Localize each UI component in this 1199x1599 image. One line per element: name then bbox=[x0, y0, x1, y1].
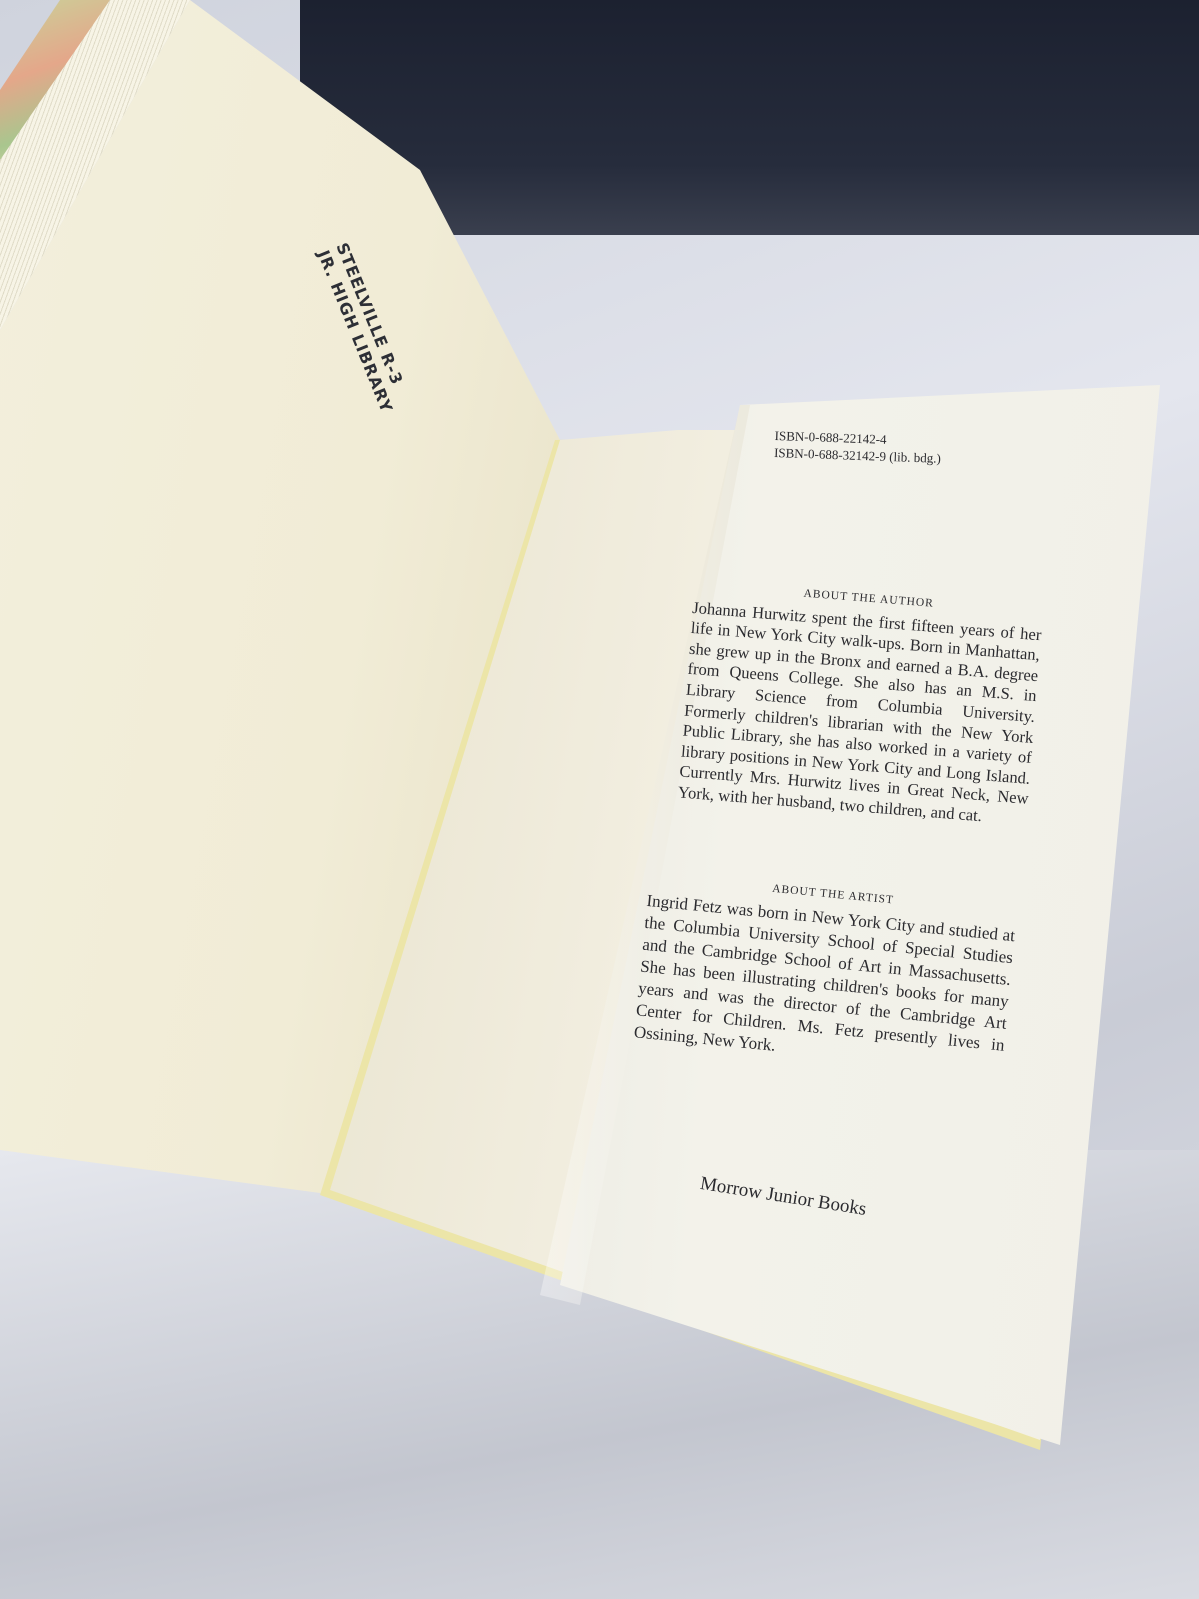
isbn-block: ISBN-0-688-22142-4 ISBN-0-688-32142-9 (l… bbox=[774, 427, 942, 467]
about-author-text: Johanna Hurwitz spent the first fifteen … bbox=[677, 598, 1042, 831]
about-author-section: ABOUT THE AUTHOR Johanna Hurwitz spent t… bbox=[677, 575, 1044, 830]
about-artist-section: ABOUT THE ARTIST Ingrid Fetz was born in… bbox=[633, 866, 1018, 1079]
